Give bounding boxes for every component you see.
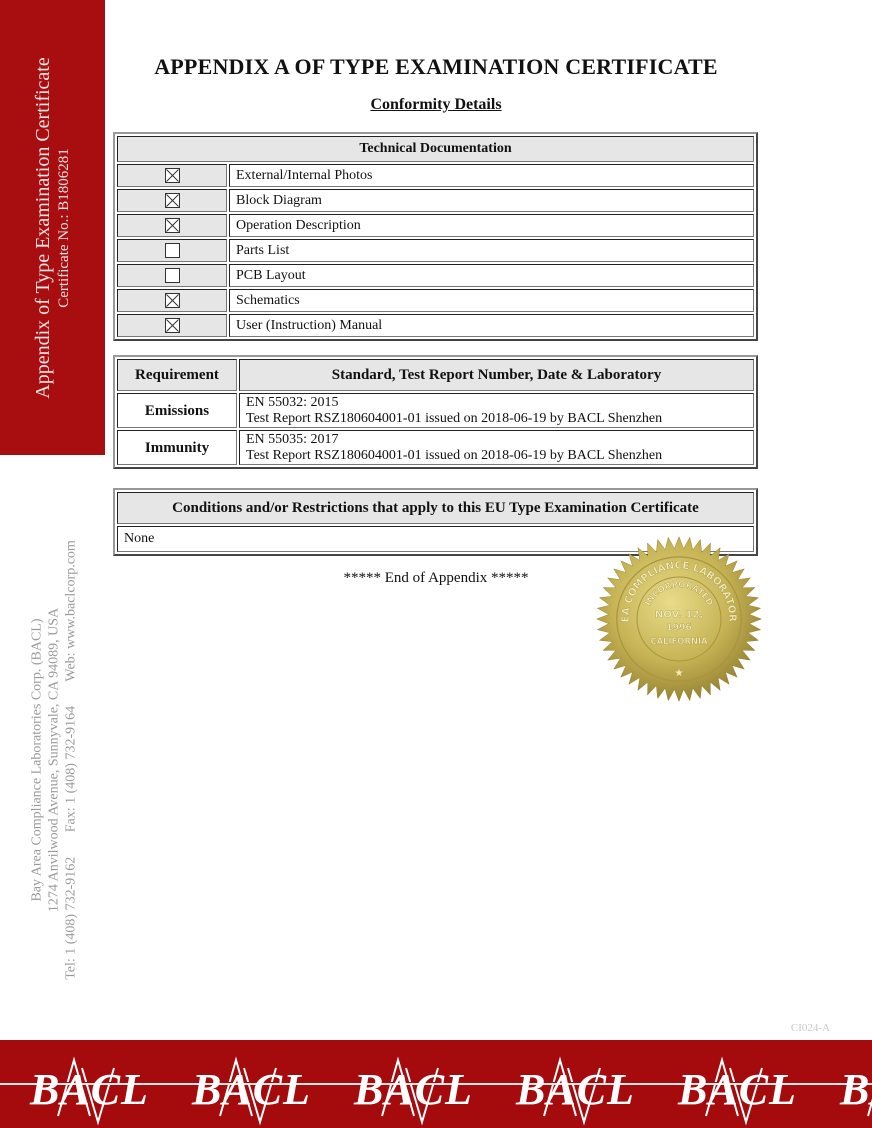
checked-box-icon — [165, 193, 180, 208]
checked-box-icon — [165, 293, 180, 308]
bacl-logo: BACL — [30, 1054, 150, 1124]
svg-text:★: ★ — [674, 668, 683, 679]
standard-name: EN 55035: 2017 — [246, 432, 747, 448]
requirements-table: Requirement Standard, Test Report Number… — [113, 355, 758, 469]
checkbox-cell — [117, 314, 227, 337]
checkbox-cell — [117, 239, 227, 262]
address-line-3: Tel: 1 (408) 732-9162 Fax: 1 (408) 732-9… — [63, 540, 80, 980]
form-code: CI024-A — [791, 1022, 830, 1034]
svg-text:1996: 1996 — [666, 622, 692, 633]
empty-box-icon — [165, 243, 180, 258]
table-row: Emissions EN 55032: 2015 Test Report RSZ… — [117, 393, 754, 428]
page-subtitle: Conformity Details — [105, 96, 767, 114]
checkbox-cell — [117, 214, 227, 237]
checked-box-icon — [165, 218, 180, 233]
requirement-cell: Immunity — [117, 430, 237, 465]
standard-cell: EN 55032: 2015 Test Report RSZ180604001-… — [239, 393, 754, 428]
bacl-logo: BACL — [516, 1054, 636, 1124]
standard-name: EN 55032: 2015 — [246, 395, 747, 411]
standard-cell: EN 55035: 2017 Test Report RSZ180604001-… — [239, 430, 754, 465]
svg-text:NOV. 12,: NOV. 12, — [655, 609, 703, 620]
empty-box-icon — [165, 268, 180, 283]
bacl-logo: BACL — [678, 1054, 798, 1124]
technical-documentation-table: Technical Documentation External/Interna… — [113, 132, 758, 341]
bacl-logo: BACL — [192, 1054, 312, 1124]
requirement-cell: Emissions — [117, 393, 237, 428]
logo-text: BACL — [192, 1064, 311, 1115]
test-report: Test Report RSZ180604001-01 issued on 20… — [246, 411, 747, 427]
checkbox-cell — [117, 189, 227, 212]
standard-column-header: Standard, Test Report Number, Date & Lab… — [239, 359, 754, 391]
document-label: External/Internal Photos — [229, 164, 754, 187]
table-row: Block Diagram — [117, 189, 754, 212]
test-report: Test Report RSZ180604001-01 issued on 20… — [246, 448, 747, 464]
logo-text: BACL — [30, 1064, 149, 1115]
gold-seal-icon: BAY AREA COMPLIANCE LABORATORY CORP INCO… — [595, 535, 763, 703]
technical-documentation-heading: Technical Documentation — [117, 136, 754, 162]
logo-text: BACL — [678, 1064, 797, 1115]
page-title: APPENDIX A OF TYPE EXAMINATION CERTIFICA… — [105, 54, 767, 80]
side-banner: Appendix of Type Examination Certificate… — [0, 0, 105, 455]
bacl-logo: BACL — [840, 1054, 872, 1124]
logo-text: BACL — [840, 1064, 872, 1115]
table-row: Immunity EN 55035: 2017 Test Report RSZ1… — [117, 430, 754, 465]
conditions-heading: Conditions and/or Restrictions that appl… — [117, 492, 754, 524]
side-banner-text: Appendix of Type Examination Certificate… — [31, 57, 73, 398]
address-line-2: 1274 Anvilwood Avenue, Sunnyvale, CA 940… — [46, 540, 63, 980]
company-address: Bay Area Compliance Laboratories Corp. (… — [29, 540, 80, 980]
checked-box-icon — [165, 168, 180, 183]
footer-logo-band: BACLBACLBACLBACLBACLBACL — [0, 1040, 872, 1128]
checkbox-cell — [117, 289, 227, 312]
logo-text: BACL — [354, 1064, 473, 1115]
document-label: User (Instruction) Manual — [229, 314, 754, 337]
bacl-logo: BACL — [354, 1054, 474, 1124]
address-line-1: Bay Area Compliance Laboratories Corp. (… — [29, 540, 46, 980]
document-label: Parts List — [229, 239, 754, 262]
document-label: PCB Layout — [229, 264, 754, 287]
table-row: User (Instruction) Manual — [117, 314, 754, 337]
table-row: External/Internal Photos — [117, 164, 754, 187]
svg-text:CALIFORNIA: CALIFORNIA — [651, 636, 708, 646]
table-row: Operation Description — [117, 214, 754, 237]
table-row: PCB Layout — [117, 264, 754, 287]
requirement-column-header: Requirement — [117, 359, 237, 391]
document-label: Operation Description — [229, 214, 754, 237]
logo-text: BACL — [516, 1064, 635, 1115]
document-label: Schematics — [229, 289, 754, 312]
certificate-number: Certificate No.: B1806281 — [55, 57, 73, 398]
table-row: Schematics — [117, 289, 754, 312]
checkbox-cell — [117, 264, 227, 287]
checkbox-cell — [117, 164, 227, 187]
checked-box-icon — [165, 318, 180, 333]
table-row: Parts List — [117, 239, 754, 262]
side-banner-title: Appendix of Type Examination Certificate — [31, 57, 55, 398]
document-label: Block Diagram — [229, 189, 754, 212]
